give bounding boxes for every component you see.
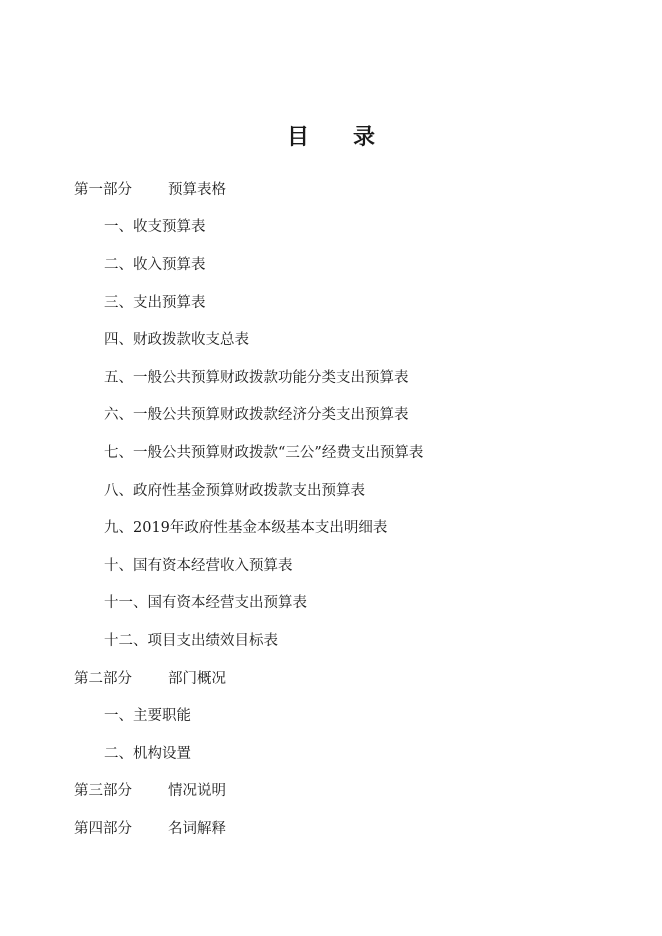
title-char-1: 目 <box>287 120 309 151</box>
toc-item[interactable]: 九、2019年政府性基金本级基本支出明细表 <box>104 519 387 537</box>
toc-item[interactable]: 十、国有资本经营收入预算表 <box>104 557 293 575</box>
toc-part-2[interactable]: 第二部分部门概况 <box>74 670 226 688</box>
part-name: 预算表格 <box>168 182 226 198</box>
toc-part-4[interactable]: 第四部分名词解释 <box>74 820 226 838</box>
part-label: 第一部分 <box>74 181 168 199</box>
toc-item[interactable]: 六、一般公共预算财政拨款经济分类支出预算表 <box>104 406 409 424</box>
part-name: 名词解释 <box>168 821 226 837</box>
page-title: 目录 <box>0 120 662 151</box>
toc-item[interactable]: 二、机构设置 <box>104 745 191 763</box>
toc-part-3[interactable]: 第三部分情况说明 <box>74 782 226 800</box>
toc-item[interactable]: 十二、项目支出绩效目标表 <box>104 632 278 650</box>
toc-item[interactable]: 二、收入预算表 <box>104 256 206 274</box>
toc-item[interactable]: 五、一般公共预算财政拨款功能分类支出预算表 <box>104 369 409 387</box>
toc-item[interactable]: 四、财政拨款收支总表 <box>104 331 249 349</box>
part-label: 第三部分 <box>74 782 168 800</box>
toc-item[interactable]: 三、支出预算表 <box>104 294 206 312</box>
part-label: 第二部分 <box>74 670 168 688</box>
part-name: 情况说明 <box>168 783 226 799</box>
part-name: 部门概况 <box>168 671 226 687</box>
toc-item[interactable]: 一、主要职能 <box>104 707 191 725</box>
toc-item[interactable]: 八、政府性基金预算财政拨款支出预算表 <box>104 482 365 500</box>
toc-item[interactable]: 一、收支预算表 <box>104 218 206 236</box>
title-char-2: 录 <box>353 120 375 151</box>
part-label: 第四部分 <box>74 820 168 838</box>
toc-item[interactable]: 十一、国有资本经营支出预算表 <box>104 594 307 612</box>
toc-part-1[interactable]: 第一部分预算表格 <box>74 181 226 199</box>
toc-item[interactable]: 七、一般公共预算财政拨款“三公”经费支出预算表 <box>104 444 423 462</box>
